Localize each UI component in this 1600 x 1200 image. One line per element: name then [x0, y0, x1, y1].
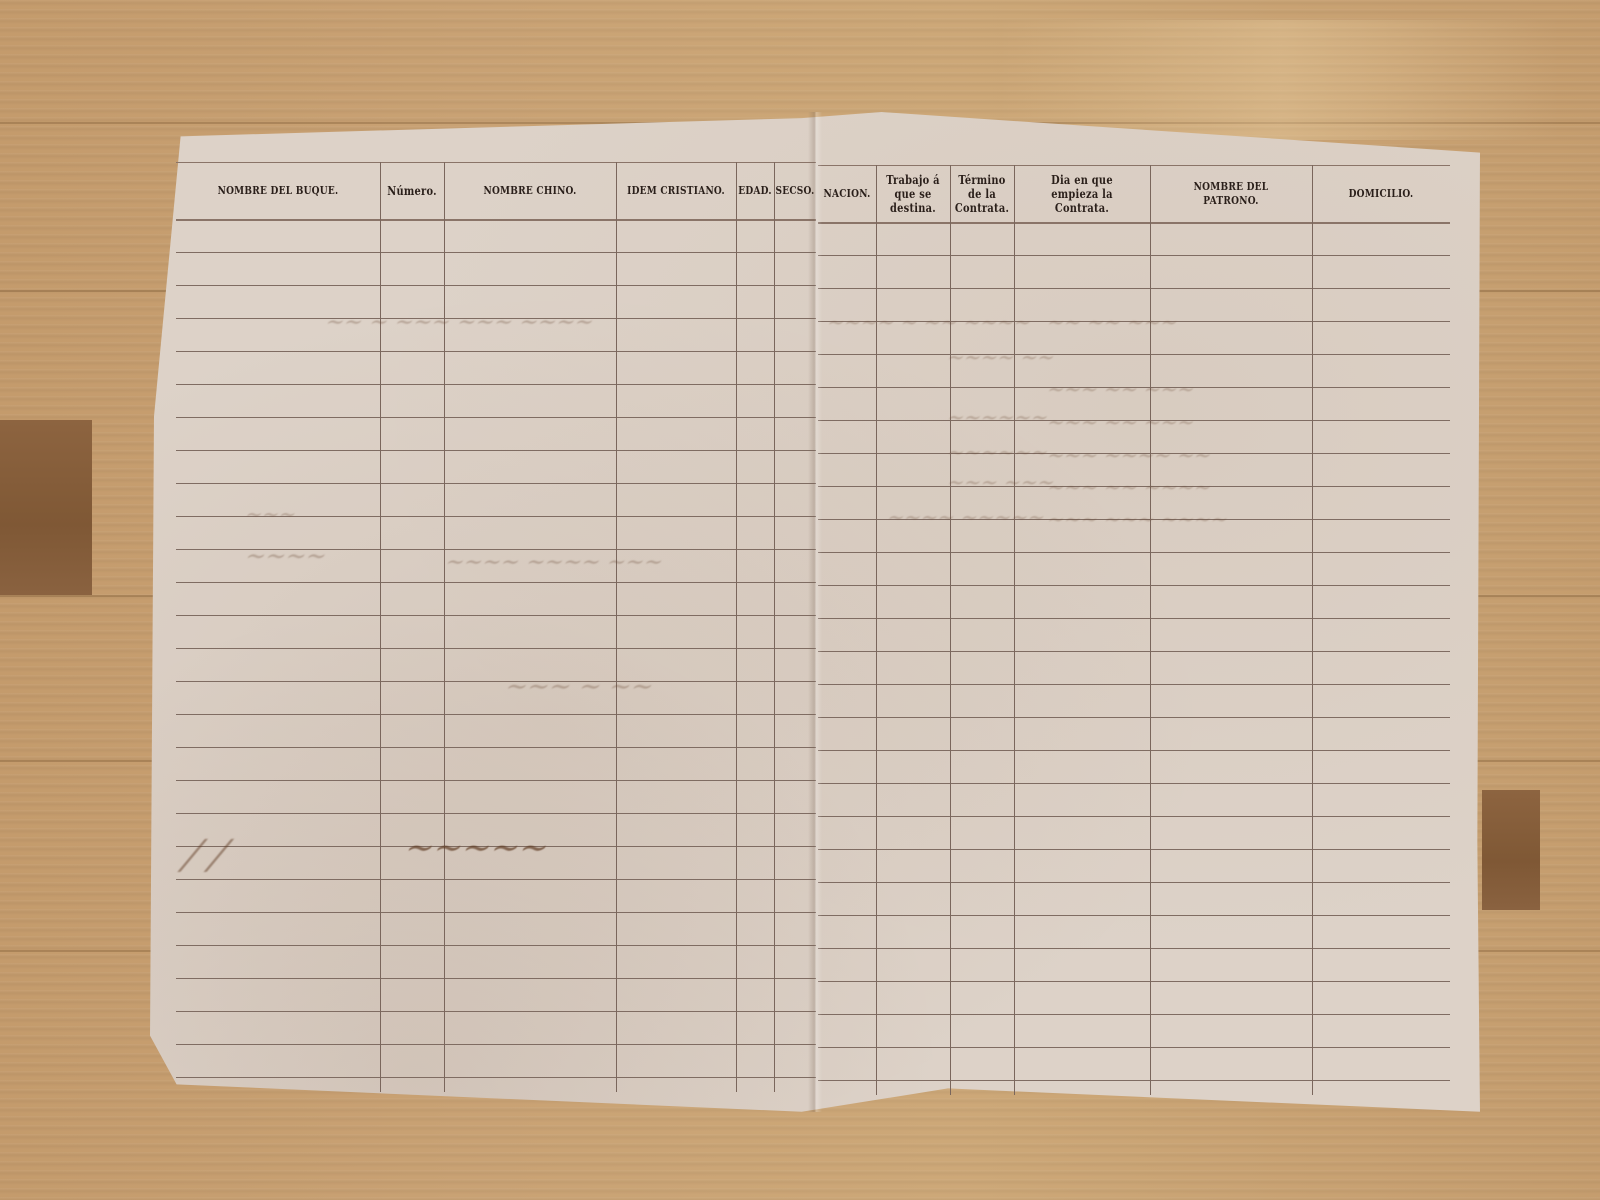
column-divider	[380, 162, 381, 1092]
ink-bleed-mark: ~~~~ ~ ~~ ~~~~	[824, 310, 1035, 334]
column-divider	[736, 162, 737, 1092]
column-divider	[1150, 165, 1151, 1095]
ink-bleed-mark: ~~ ~~ ~~~	[1044, 310, 1182, 334]
header-nombre-del-patrono: NOMBRE DEL PATRONO.	[1165, 166, 1298, 222]
header-edad: EDAD.	[739, 163, 770, 219]
header-idem-cristiano: IDEM CRISTIANO.	[627, 163, 725, 219]
ink-bleed-mark: ~~ ~ ~~~ ~~~ ~~~~	[322, 310, 598, 335]
header-nacion: NACION.	[823, 166, 871, 222]
right-page: NACION. Trabajo á que se destina. Términ…	[818, 165, 1450, 1095]
ink-bleed-mark: ~~~~~~	[944, 405, 1052, 429]
header-numero: Número.	[386, 163, 438, 219]
column-divider	[950, 165, 951, 1095]
right-ruled-lines	[818, 223, 1450, 1095]
ink-bleed-mark: ~~~	[242, 502, 300, 526]
header-termino: Término de la Contrata.	[956, 166, 1008, 222]
wood-highlight	[1000, 20, 1560, 140]
ink-bleed-mark: ~~~ ~ ~~	[501, 672, 658, 702]
header-nombre-chino: NOMBRE CHINO.	[459, 163, 600, 219]
page-fold	[808, 112, 822, 1112]
column-divider	[444, 162, 445, 1092]
column-divider	[876, 165, 877, 1095]
ink-bleed-mark: ~~~~ ~~	[944, 345, 1059, 369]
ink-bleed-mark: ~~~~ ~~~~ ~~~	[442, 550, 667, 575]
ink-bleed-mark: ~~~~ ~~~~~	[884, 505, 1049, 529]
ink-bleed-mark: ~~~~	[241, 542, 331, 570]
ink-bleed-mark: ~~~ ~~ ~~~	[1044, 410, 1199, 434]
right-header-row: NACION. Trabajo á que se destina. Términ…	[818, 165, 1450, 224]
column-divider	[774, 162, 775, 1092]
left-header-row: NOMBRE DEL BUQUE. Número. NOMBRE CHINO. …	[176, 162, 816, 221]
header-dia-empieza: Dia en que empieza la Contrata.	[1026, 166, 1138, 222]
dark-wood-plank	[1482, 790, 1540, 910]
column-divider	[616, 162, 617, 1092]
left-ruled-lines	[176, 220, 816, 1092]
dark-wood-plank	[0, 420, 92, 595]
column-divider	[1014, 165, 1015, 1095]
header-domicilio: DOMICILIO.	[1324, 166, 1437, 222]
ink-bleed-mark: ~~~ ~~ ~~~~	[1044, 475, 1215, 499]
ink-bleed-mark: ~~~ ~~~~ ~~	[1044, 443, 1215, 467]
column-divider	[1312, 165, 1313, 1095]
left-page: NOMBRE DEL BUQUE. Número. NOMBRE CHINO. …	[176, 162, 816, 1092]
ink-bleed-mark: ~~~~~~	[944, 440, 1052, 464]
ink-bleed-signature: ~~~~~	[400, 828, 555, 868]
ink-bleed-mark: ~~~ ~~~	[944, 470, 1059, 494]
header-trabajo: Trabajo á que se destina.	[883, 166, 944, 222]
ink-bleed-mark: ~~~ ~~ ~~~	[1044, 377, 1199, 401]
header-nombre-del-buque: NOMBRE DEL BUQUE.	[194, 163, 361, 219]
ink-bleed-mark: ~~~ ~~~ ~~~~	[1044, 507, 1232, 531]
